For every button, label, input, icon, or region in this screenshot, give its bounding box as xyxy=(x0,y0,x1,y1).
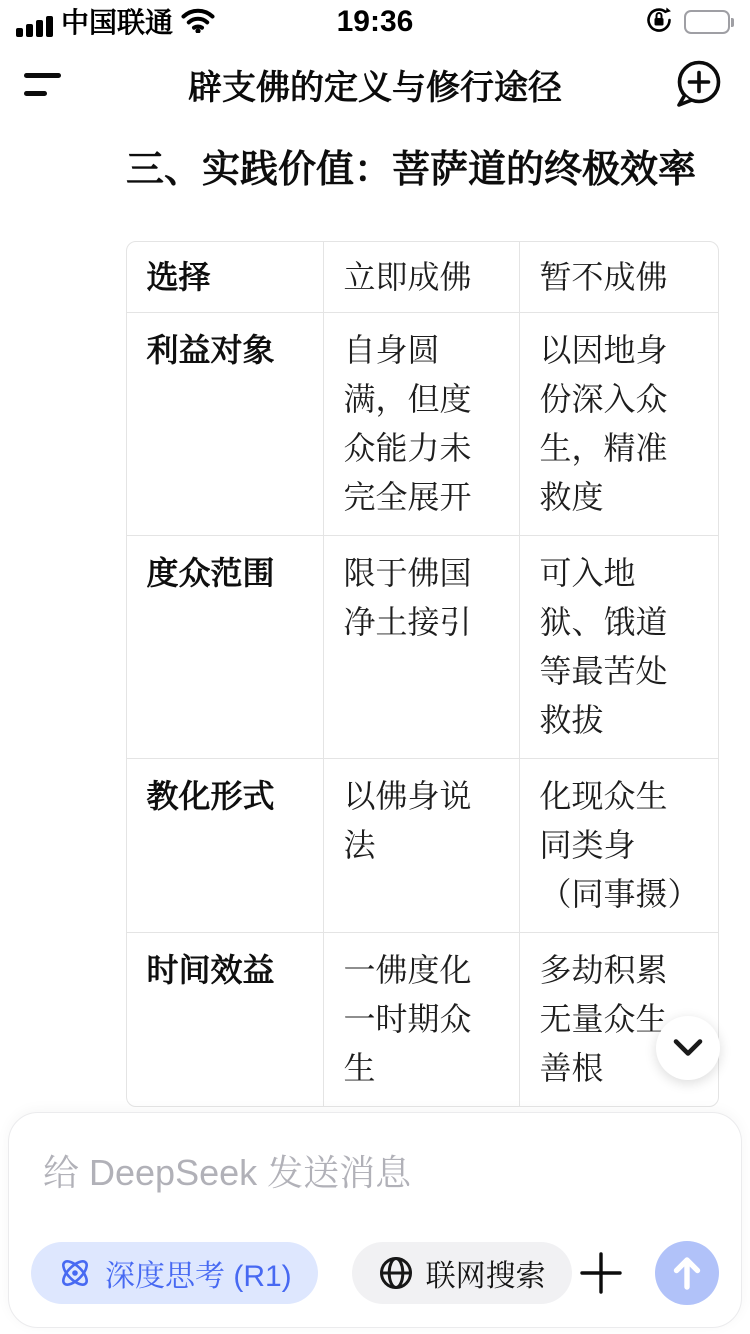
header-cell: 选择 xyxy=(126,241,323,312)
chat-content: 三、实践价值：菩萨道的终极效率 选择 立即成佛 暂不成佛 利益对象 自身圆满，但… xyxy=(126,120,720,1107)
new-chat-button[interactable] xyxy=(670,56,726,112)
deepthink-toggle[interactable]: 深度思考 (R1) xyxy=(31,1242,318,1304)
atom-icon xyxy=(57,1255,93,1291)
row-label-cell: 教化形式 xyxy=(126,758,323,932)
table-cell: 一佛度化一时期众生 xyxy=(323,932,519,1106)
cellular-signal-icon xyxy=(16,16,53,38)
app-header: 辟支佛的定义与修行途径 xyxy=(0,48,750,120)
comparison-table: 选择 立即成佛 暂不成佛 利益对象 自身圆满，但度众能力未完全展开 以因地身份深… xyxy=(126,241,719,1107)
header-cell: 立即成佛 xyxy=(323,241,519,312)
table-header-row: 选择 立即成佛 暂不成佛 xyxy=(126,241,719,312)
rotation-lock-icon xyxy=(644,5,674,40)
table-cell: 自身圆满，但度众能力未完全展开 xyxy=(323,312,519,535)
arrow-up-icon xyxy=(671,1255,703,1291)
section-heading: 三、实践价值：菩萨道的终极效率 xyxy=(126,146,720,194)
wifi-icon xyxy=(181,7,215,38)
message-composer: 给 DeepSeek 发送消息 深度思考 (R1) 联网搜索 xyxy=(8,1112,742,1328)
table-cell: 以佛身说法 xyxy=(323,758,519,932)
web-search-toggle[interactable]: 联网搜索 xyxy=(352,1242,572,1304)
web-search-label: 联网搜索 xyxy=(426,1251,546,1295)
send-button[interactable] xyxy=(655,1241,719,1305)
table-row: 时间效益 一佛度化一时期众生 多劫积累无量众生善根 xyxy=(126,932,719,1106)
globe-icon xyxy=(378,1255,414,1291)
carrier-label: 中国联通 xyxy=(61,8,173,38)
table-row: 教化形式 以佛身说法 化现众生同类身（同事摄） xyxy=(126,758,719,932)
sidebar-menu-button[interactable] xyxy=(24,62,68,106)
table-cell: 化现众生同类身（同事摄） xyxy=(519,758,719,932)
message-input[interactable]: 给 DeepSeek 发送消息 xyxy=(43,1151,707,1195)
row-label-cell: 度众范围 xyxy=(126,535,323,758)
table-row: 度众范围 限于佛国净土接引 可入地狱、饿道等最苦处救拔 xyxy=(126,535,719,758)
row-label-cell: 利益对象 xyxy=(126,312,323,535)
scroll-to-bottom-button[interactable] xyxy=(656,1016,720,1080)
table-row: 利益对象 自身圆满，但度众能力未完全展开 以因地身份深入众生，精准救度 xyxy=(126,312,719,535)
deepthink-label: 深度思考 (R1) xyxy=(105,1251,292,1295)
plus-icon xyxy=(578,1250,624,1296)
battery-icon xyxy=(684,10,734,34)
attach-button[interactable] xyxy=(575,1247,627,1299)
table-cell: 以因地身份深入众生，精准救度 xyxy=(519,312,719,535)
table-cell: 限于佛国净土接引 xyxy=(323,535,519,758)
new-chat-icon xyxy=(671,56,725,112)
chevron-down-icon xyxy=(672,1038,704,1058)
conversation-title: 辟支佛的定义与修行途径 xyxy=(90,60,660,109)
table-cell: 可入地狱、饿道等最苦处救拔 xyxy=(519,535,719,758)
header-cell: 暂不成佛 xyxy=(519,241,719,312)
status-bar: 中国联通 19:36 xyxy=(0,0,750,44)
row-label-cell: 时间效益 xyxy=(126,932,323,1106)
